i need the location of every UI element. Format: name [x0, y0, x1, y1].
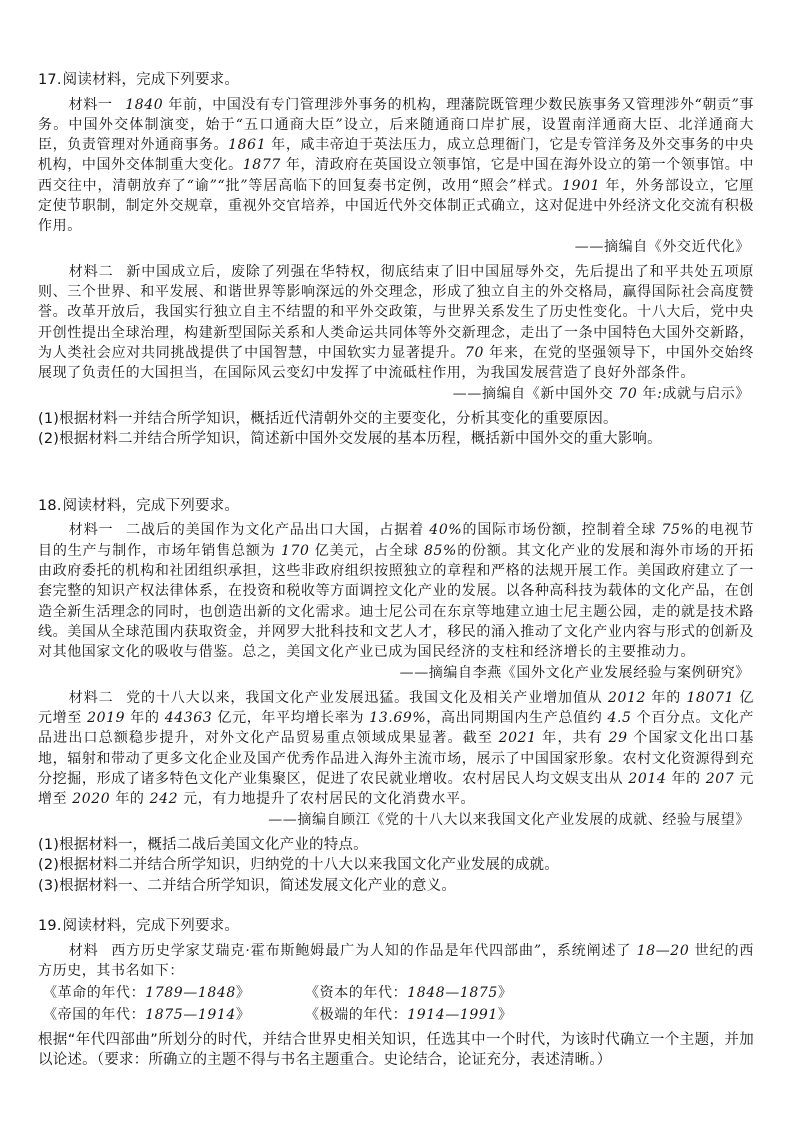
question-18-material-1-attribution: ——摘编自李燕《国外文化产业发展经验与案例研究》 [38, 663, 754, 683]
question-18-subquestion-1: (1)根据材料一，概括二战后美国文化产业的特点。 [38, 835, 754, 856]
question-18-material-2-attribution: ——摘编自顾江《党的十八大以来我国文化产业发展的成就、经验与展望》 [38, 810, 754, 830]
question-17-material-2: 材料二新中国成立后，废除了列强在华特权，彻底结束了旧中国屈辱外交，先后提出了和平… [38, 262, 754, 384]
question-19-stem: 19.阅读材料，完成下列要求。 [38, 916, 754, 937]
book-title-empire: 《帝国的年代：1875—1914》 [43, 1004, 305, 1027]
book-title-row-1: 《革命的年代：1789—1848》 《资本的年代：1848—1875》 [38, 982, 754, 1005]
question-17-material-2-attribution: ——摘编自《新中国外交 70 年:成就与启示》 [38, 384, 754, 404]
book-title-extremes: 《极端的年代：1914—1991》 [305, 1004, 512, 1027]
question-17-subquestion-1: (1)根据材料一并结合所学知识，概括近代清朝外交的主要变化，分析其变化的重要原因… [38, 409, 754, 430]
question-18: 18.阅读材料，完成下列要求。 材料一二战后的美国作为文化产品出口大国，占据着 … [38, 496, 754, 896]
question-18-stem-text: 阅读材料，完成下列要求。 [63, 498, 239, 514]
question-17-stem: 17.阅读材料，完成下列要求。 [38, 70, 754, 91]
question-19: 19.阅读材料，完成下列要求。 材料西方历史学家艾瑞克·霍布斯鲍姆最广为人知的作… [38, 916, 754, 1070]
question-17-material-2-text: 新中国成立后，废除了列强在华特权，彻底结束了旧中国屈辱外交，先后提出了和平共处五… [38, 264, 754, 381]
question-17-material-1-label: 材料一 [69, 97, 113, 113]
question-19-material-label: 材料 [69, 943, 99, 959]
exam-document-page: 17.阅读材料，完成下列要求。 材料一1840 年前，中国没有专门管理涉外事务的… [0, 0, 794, 1123]
question-19-material-text: 西方历史学家艾瑞克·霍布斯鲍姆最广为人知的作品是年代四部曲”，系统阐述了 18—… [38, 943, 754, 979]
question-18-subquestion-2: (2)根据材料二并结合所学知识，归纳党的十八大以来我国文化产业发展的成就。 [38, 855, 754, 876]
question-17-material-1: 材料一1840 年前，中国没有专门管理涉外事务的机构，理藩院既管理少数民族事务又… [38, 95, 754, 237]
question-18-material-1-block: 材料一二战后的美国作为文化产品出口大国，占据着 40%的国际市场份额，控制着全球… [38, 520, 754, 682]
question-18-number: 18. [38, 498, 62, 514]
question-18-material-1-text: 二战后的美国作为文化产品出口大国，占据着 40%的国际市场份额，控制着全球 75… [38, 522, 754, 660]
question-17-material-2-block: 材料二新中国成立后，废除了列强在华特权，彻底结束了旧中国屈辱外交，先后提出了和平… [38, 262, 754, 404]
question-17-number: 17. [38, 72, 62, 88]
question-19-number: 19. [38, 918, 62, 934]
question-18-material-2-block: 材料二党的十八大以来，我国文化产业发展迅猛。我国文化及相关产业增加值从 2012… [38, 688, 754, 830]
question-17-material-1-attribution: ——摘编自《外交近代化》 [38, 237, 754, 257]
question-18-stem: 18.阅读材料，完成下列要求。 [38, 496, 754, 517]
question-19-material: 材料西方历史学家艾瑞克·霍布斯鲍姆最广为人知的作品是年代四部曲”，系统阐述了 1… [38, 941, 754, 982]
question-17-material-1-text: 1840 年前，中国没有专门管理涉外事务的机构，理藩院既管理少数民族事务又管理涉… [38, 97, 754, 235]
question-18-material-2: 材料二党的十八大以来，我国文化产业发展迅猛。我国文化及相关产业增加值从 2012… [38, 688, 754, 810]
question-18-material-1: 材料一二战后的美国作为文化产品出口大国，占据着 40%的国际市场份额，控制着全球… [38, 520, 754, 662]
question-18-material-2-label: 材料二 [69, 690, 114, 706]
question-19-task: 根据“年代四部曲”所划分的时代，并结合世界史相关知识，任选其中一个时代，为该时代… [38, 1030, 754, 1071]
question-17-stem-text: 阅读材料，完成下列要求。 [63, 72, 239, 88]
question-17: 17.阅读材料，完成下列要求。 材料一1840 年前，中国没有专门管理涉外事务的… [38, 70, 754, 450]
question-17-subquestion-2: (2)根据材料二并结合所学知识，简述新中国外交发展的基本历程，概括新中国外交的重… [38, 429, 754, 450]
question-17-material-1-block: 材料一1840 年前，中国没有专门管理涉外事务的机构，理藩院既管理少数民族事务又… [38, 95, 754, 257]
question-18-material-2-text: 党的十八大以来，我国文化产业发展迅猛。我国文化及相关产业增加值从 2012 年的… [38, 690, 754, 807]
book-title-capital: 《资本的年代：1848—1875》 [305, 982, 512, 1005]
book-title-revolution: 《革命的年代：1789—1848》 [43, 982, 305, 1005]
book-title-row-2: 《帝国的年代：1875—1914》 《极端的年代：1914—1991》 [38, 1004, 754, 1027]
question-19-stem-text: 阅读材料，完成下列要求。 [63, 918, 239, 934]
question-17-material-2-label: 材料二 [69, 264, 114, 280]
question-18-subquestion-3: (3)根据材料一、二并结合所学知识，简述发展文化产业的意义。 [38, 876, 754, 897]
question-18-material-1-label: 材料一 [69, 522, 114, 538]
